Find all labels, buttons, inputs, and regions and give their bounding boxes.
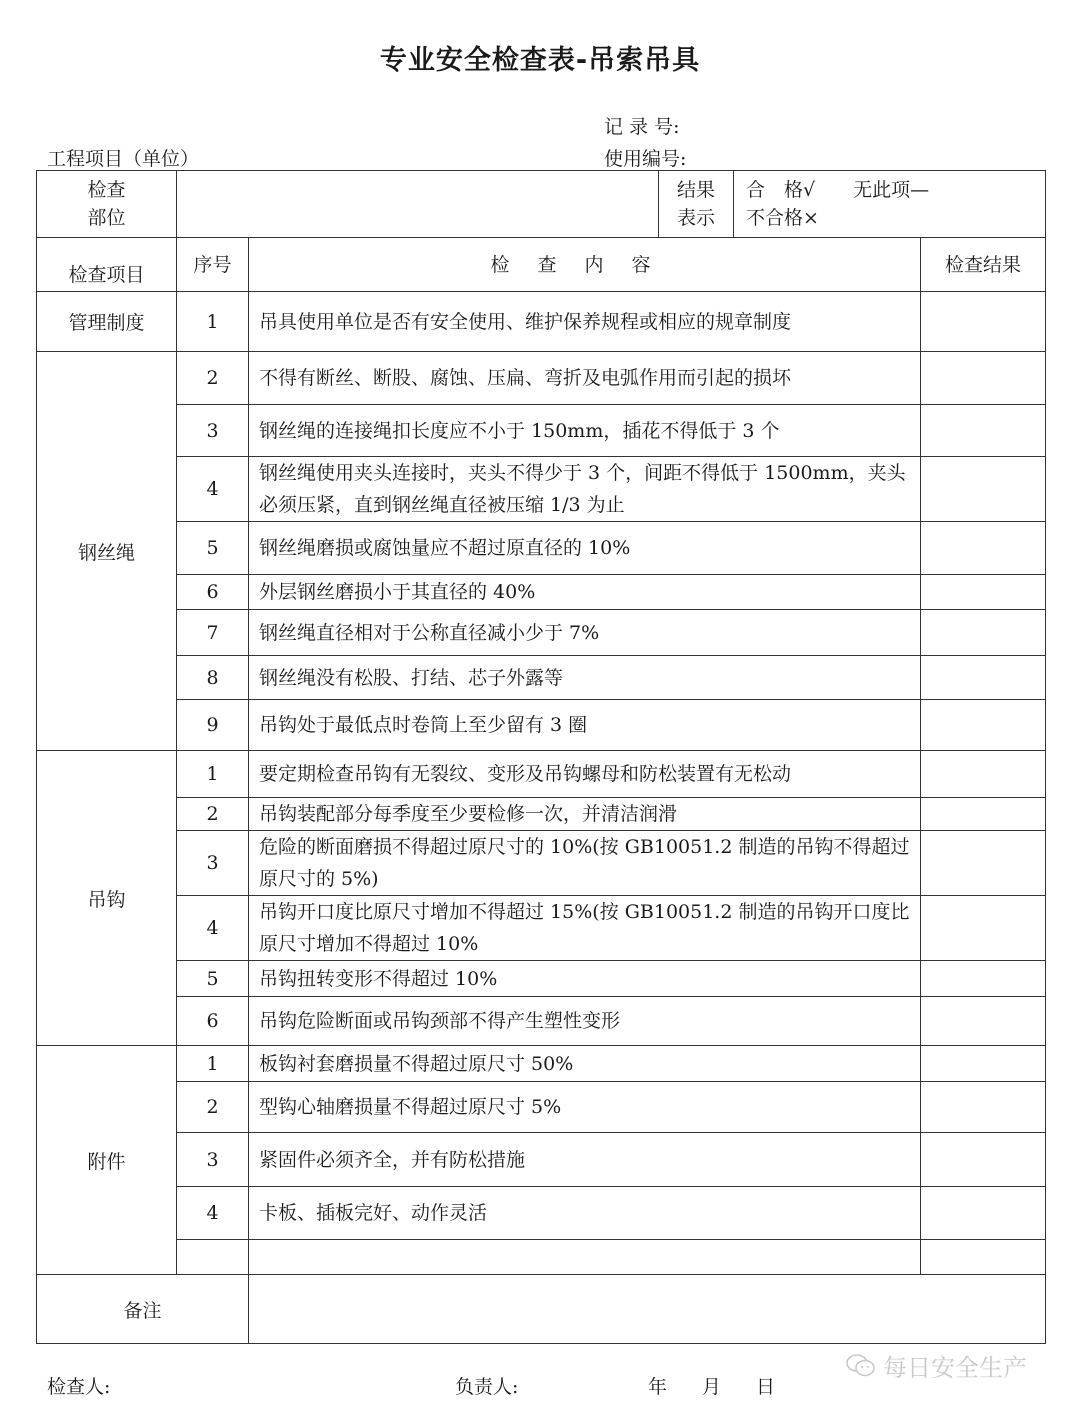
row-content: 吊钩开口度比原尺寸增加不得超过 15%(按 GB10051.2 制造的吊钩开口度… (249, 896, 921, 961)
row-content: 钢丝绳使用夹头连接时，夹头不得少于 3 个，间距不得低于 1500mm，夹头必须… (249, 457, 921, 522)
row-seq: 4 (177, 457, 249, 522)
header-result: 检查结果 (921, 238, 1046, 292)
project-label: 工程项目（单位） (47, 144, 199, 171)
table-row: 吊钩1要定期检查吊钩有无裂纹、变形及吊钩螺母和防松装置有无松动 (37, 751, 1046, 798)
row-seq: 3 (177, 405, 249, 457)
row-seq: 6 (177, 997, 249, 1046)
remarks-label: 备注 (37, 1275, 249, 1344)
row-seq: 7 (177, 610, 249, 656)
location-value-field[interactable] (177, 171, 659, 238)
location-label: 检查 部位 (37, 171, 177, 238)
row-result-field[interactable] (921, 1133, 1046, 1187)
date-month-label: 月 (702, 1372, 721, 1399)
table-header-row: 检查项目 序号 检查内容 检查结果 (37, 238, 1046, 292)
location-label-line2: 部位 (37, 204, 176, 232)
row-content: 吊钩装配部分每季度至少要检修一次，并清洁润滑 (249, 798, 921, 831)
table-row: 6外层钢丝磨损小于其直径的 40% (37, 575, 1046, 610)
usage-number-label: 使用编号: (604, 144, 686, 171)
section-name: 管理制度 (37, 292, 177, 352)
row-seq: 2 (177, 798, 249, 831)
row-content: 吊钩危险断面或吊钩颈部不得产生塑性变形 (249, 997, 921, 1046)
section-name: 附件 (37, 1046, 177, 1275)
table-row (37, 1240, 1046, 1275)
row-result-field[interactable] (921, 961, 1046, 997)
header-content: 检查内容 (249, 238, 921, 292)
row-seq: 1 (177, 751, 249, 798)
row-seq: 8 (177, 656, 249, 700)
row-seq: 4 (177, 896, 249, 961)
info-row: 检查 部位 结果 表示 合 格√ 无此项— 不合格× (37, 171, 1046, 238)
row-content: 紧固件必须齐全，并有防松措施 (249, 1133, 921, 1187)
watermark-text: 每日安全生产 (883, 1348, 1027, 1383)
row-content: 外层钢丝磨损小于其直径的 40% (249, 575, 921, 610)
row-content: 钢丝绳没有松股、打结、芯子外露等 (249, 656, 921, 700)
row-seq: 6 (177, 575, 249, 610)
row-content: 吊钩扭转变形不得超过 10% (249, 961, 921, 997)
legend-fail: 不合格× (746, 204, 1045, 232)
result-label-line1: 结果 (659, 176, 733, 204)
row-content: 钢丝绳磨损或腐蚀量应不超过原直径的 10% (249, 522, 921, 575)
legend-pass-na: 合 格√ 无此项— (746, 176, 1045, 204)
row-seq: 1 (177, 1046, 249, 1082)
row-content: 板钩衬套磨损量不得超过原尺寸 50% (249, 1046, 921, 1082)
row-result-field[interactable] (921, 292, 1046, 352)
row-content (249, 1240, 921, 1275)
row-result-field[interactable] (921, 1082, 1046, 1133)
header-seq: 序号 (177, 238, 249, 292)
responsible-label: 负责人: (455, 1372, 518, 1399)
table-row: 3危险的断面磨损不得超过原尺寸的 10%(按 GB10051.2 制造的吊钩不得… (37, 831, 1046, 896)
row-result-field[interactable] (921, 405, 1046, 457)
table-row: 4卡板、插板完好、动作灵活 (37, 1187, 1046, 1240)
row-content: 不得有断丝、断股、腐蚀、压扁、弯折及电弧作用而引起的损坏 (249, 352, 921, 405)
row-result-field[interactable] (921, 1187, 1046, 1240)
row-result-field[interactable] (921, 798, 1046, 831)
section-name: 吊钩 (37, 751, 177, 1046)
row-result-field[interactable] (921, 352, 1046, 405)
table-row: 7钢丝绳直径相对于公称直径减小少于 7% (37, 610, 1046, 656)
page-title: 专业安全检查表-吊索吊具 (0, 38, 1080, 77)
row-content: 吊具使用单位是否有安全使用、维护保养规程或相应的规章制度 (249, 292, 921, 352)
row-seq: 3 (177, 1133, 249, 1187)
table-row: 4吊钩开口度比原尺寸增加不得超过 15%(按 GB10051.2 制造的吊钩开口… (37, 896, 1046, 961)
record-number-label: 记 录 号: (604, 112, 679, 139)
table-row: 3钢丝绳的连接绳扣长度应不小于 150mm，插花不得低于 3 个 (37, 405, 1046, 457)
table-row: 6吊钩危险断面或吊钩颈部不得产生塑性变形 (37, 997, 1046, 1046)
table-row: 3紧固件必须齐全，并有防松措施 (37, 1133, 1046, 1187)
table-row: 9吊钩处于最低点时卷筒上至少留有 3 圈 (37, 700, 1046, 751)
row-content: 型钩心轴磨损量不得超过原尺寸 5% (249, 1082, 921, 1133)
row-result-field[interactable] (921, 896, 1046, 961)
row-result-field[interactable] (921, 575, 1046, 610)
watermark: 每日安全生产 (845, 1348, 1027, 1383)
table-row: 管理制度1吊具使用单位是否有安全使用、维护保养规程或相应的规章制度 (37, 292, 1046, 352)
row-content: 吊钩处于最低点时卷筒上至少留有 3 圈 (249, 700, 921, 751)
row-content: 卡板、插板完好、动作灵活 (249, 1187, 921, 1240)
row-result-field[interactable] (921, 751, 1046, 798)
date-year-label: 年 (648, 1372, 667, 1399)
table-row: 5钢丝绳磨损或腐蚀量应不超过原直径的 10% (37, 522, 1046, 575)
table-row: 钢丝绳2不得有断丝、断股、腐蚀、压扁、弯折及电弧作用而引起的损坏 (37, 352, 1046, 405)
row-content: 钢丝绳的连接绳扣长度应不小于 150mm，插花不得低于 3 个 (249, 405, 921, 457)
table-row: 2吊钩装配部分每季度至少要检修一次，并清洁润滑 (37, 798, 1046, 831)
result-label-line2: 表示 (659, 204, 733, 232)
inspector-label: 检查人: (47, 1372, 110, 1399)
row-seq (177, 1240, 249, 1275)
date-day-label: 日 (756, 1372, 775, 1399)
row-seq: 3 (177, 831, 249, 896)
inspection-table: 检查 部位 结果 表示 合 格√ 无此项— 不合格× 检查项目 序号 检查内容 … (36, 170, 1046, 1344)
row-seq: 1 (177, 292, 249, 352)
table-row: 5吊钩扭转变形不得超过 10% (37, 961, 1046, 997)
table-row: 2型钩心轴磨损量不得超过原尺寸 5% (37, 1082, 1046, 1133)
row-seq: 4 (177, 1187, 249, 1240)
row-content: 要定期检查吊钩有无裂纹、变形及吊钩螺母和防松装置有无松动 (249, 751, 921, 798)
result-legend-label: 结果 表示 (659, 171, 734, 238)
result-legend: 合 格√ 无此项— 不合格× (734, 171, 1046, 238)
row-result-field[interactable] (921, 457, 1046, 522)
remarks-field[interactable] (249, 1275, 1046, 1344)
row-seq: 9 (177, 700, 249, 751)
row-result-field[interactable] (921, 831, 1046, 896)
row-content: 钢丝绳直径相对于公称直径减小少于 7% (249, 610, 921, 656)
location-label-line1: 检查 (37, 176, 176, 204)
row-seq: 5 (177, 961, 249, 997)
header-content-text: 检查内容 (490, 254, 678, 276)
row-result-field[interactable] (921, 1046, 1046, 1082)
remarks-row: 备注 (37, 1275, 1046, 1344)
row-result-field[interactable] (921, 610, 1046, 656)
table-row: 8钢丝绳没有松股、打结、芯子外露等 (37, 656, 1046, 700)
table-row: 4钢丝绳使用夹头连接时，夹头不得少于 3 个，间距不得低于 1500mm，夹头必… (37, 457, 1046, 522)
section-name: 钢丝绳 (37, 352, 177, 751)
row-result-field[interactable] (921, 997, 1046, 1046)
row-result-field[interactable] (921, 522, 1046, 575)
row-result-field[interactable] (921, 656, 1046, 700)
row-seq: 2 (177, 352, 249, 405)
header-item: 检查项目 (37, 238, 177, 292)
table-row: 附件1板钩衬套磨损量不得超过原尺寸 50% (37, 1046, 1046, 1082)
row-result-field[interactable] (921, 700, 1046, 751)
wechat-icon (845, 1352, 877, 1380)
row-result-field[interactable] (921, 1240, 1046, 1275)
row-seq: 5 (177, 522, 249, 575)
row-content: 危险的断面磨损不得超过原尺寸的 10%(按 GB10051.2 制造的吊钩不得超… (249, 831, 921, 896)
row-seq: 2 (177, 1082, 249, 1133)
